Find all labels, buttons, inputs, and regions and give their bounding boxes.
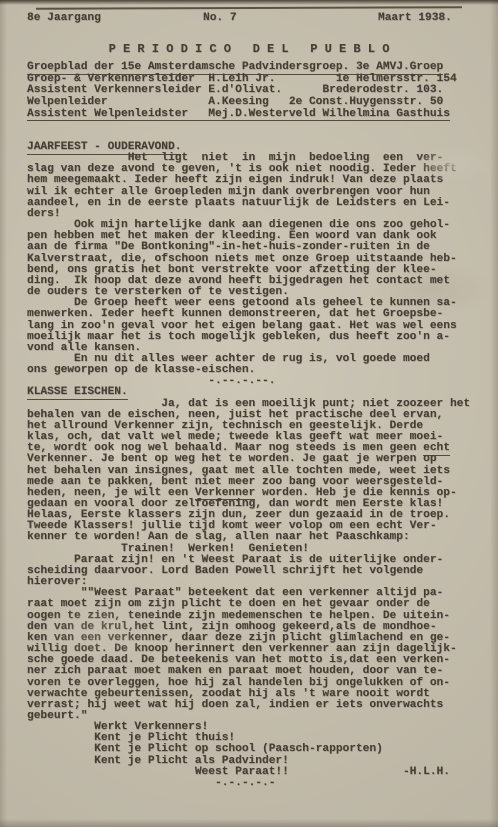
dash-divider: -.-.-.-.- bbox=[27, 778, 470, 789]
newsletter-page: 8e Jaargang No. 7 Maart 1938. P E R I O … bbox=[0, 0, 498, 827]
issue-number: No. 7 bbox=[203, 12, 237, 24]
top-rule bbox=[36, 6, 462, 9]
issue-date: Maart 1938. bbox=[378, 12, 452, 24]
colophon-block: Groepblad der 15e Amsterdamsche Padvinde… bbox=[27, 62, 457, 121]
volume-label: 8e Jaargang bbox=[27, 12, 101, 24]
page-title: P E R I O D I C O D E L P U E B L O bbox=[0, 43, 498, 56]
text-line: aandeel, en in de eerste plaats natuurli… bbox=[27, 198, 470, 209]
text-line: Assistent Welpenleidster Mej.D.Westervel… bbox=[27, 109, 457, 121]
article-body: JAARFEEST - OUDERAVOND. Het ligt niet in… bbox=[27, 142, 470, 789]
author-initials: -H.L.H. bbox=[403, 766, 450, 778]
masthead: 8e Jaargang No. 7 Maart 1938. bbox=[0, 12, 498, 25]
text-line: verrast; hij weet wat hij doen zal, indi… bbox=[27, 700, 470, 711]
text-line: scheiding daarvoor. Lord Baden Powell sc… bbox=[27, 566, 470, 577]
